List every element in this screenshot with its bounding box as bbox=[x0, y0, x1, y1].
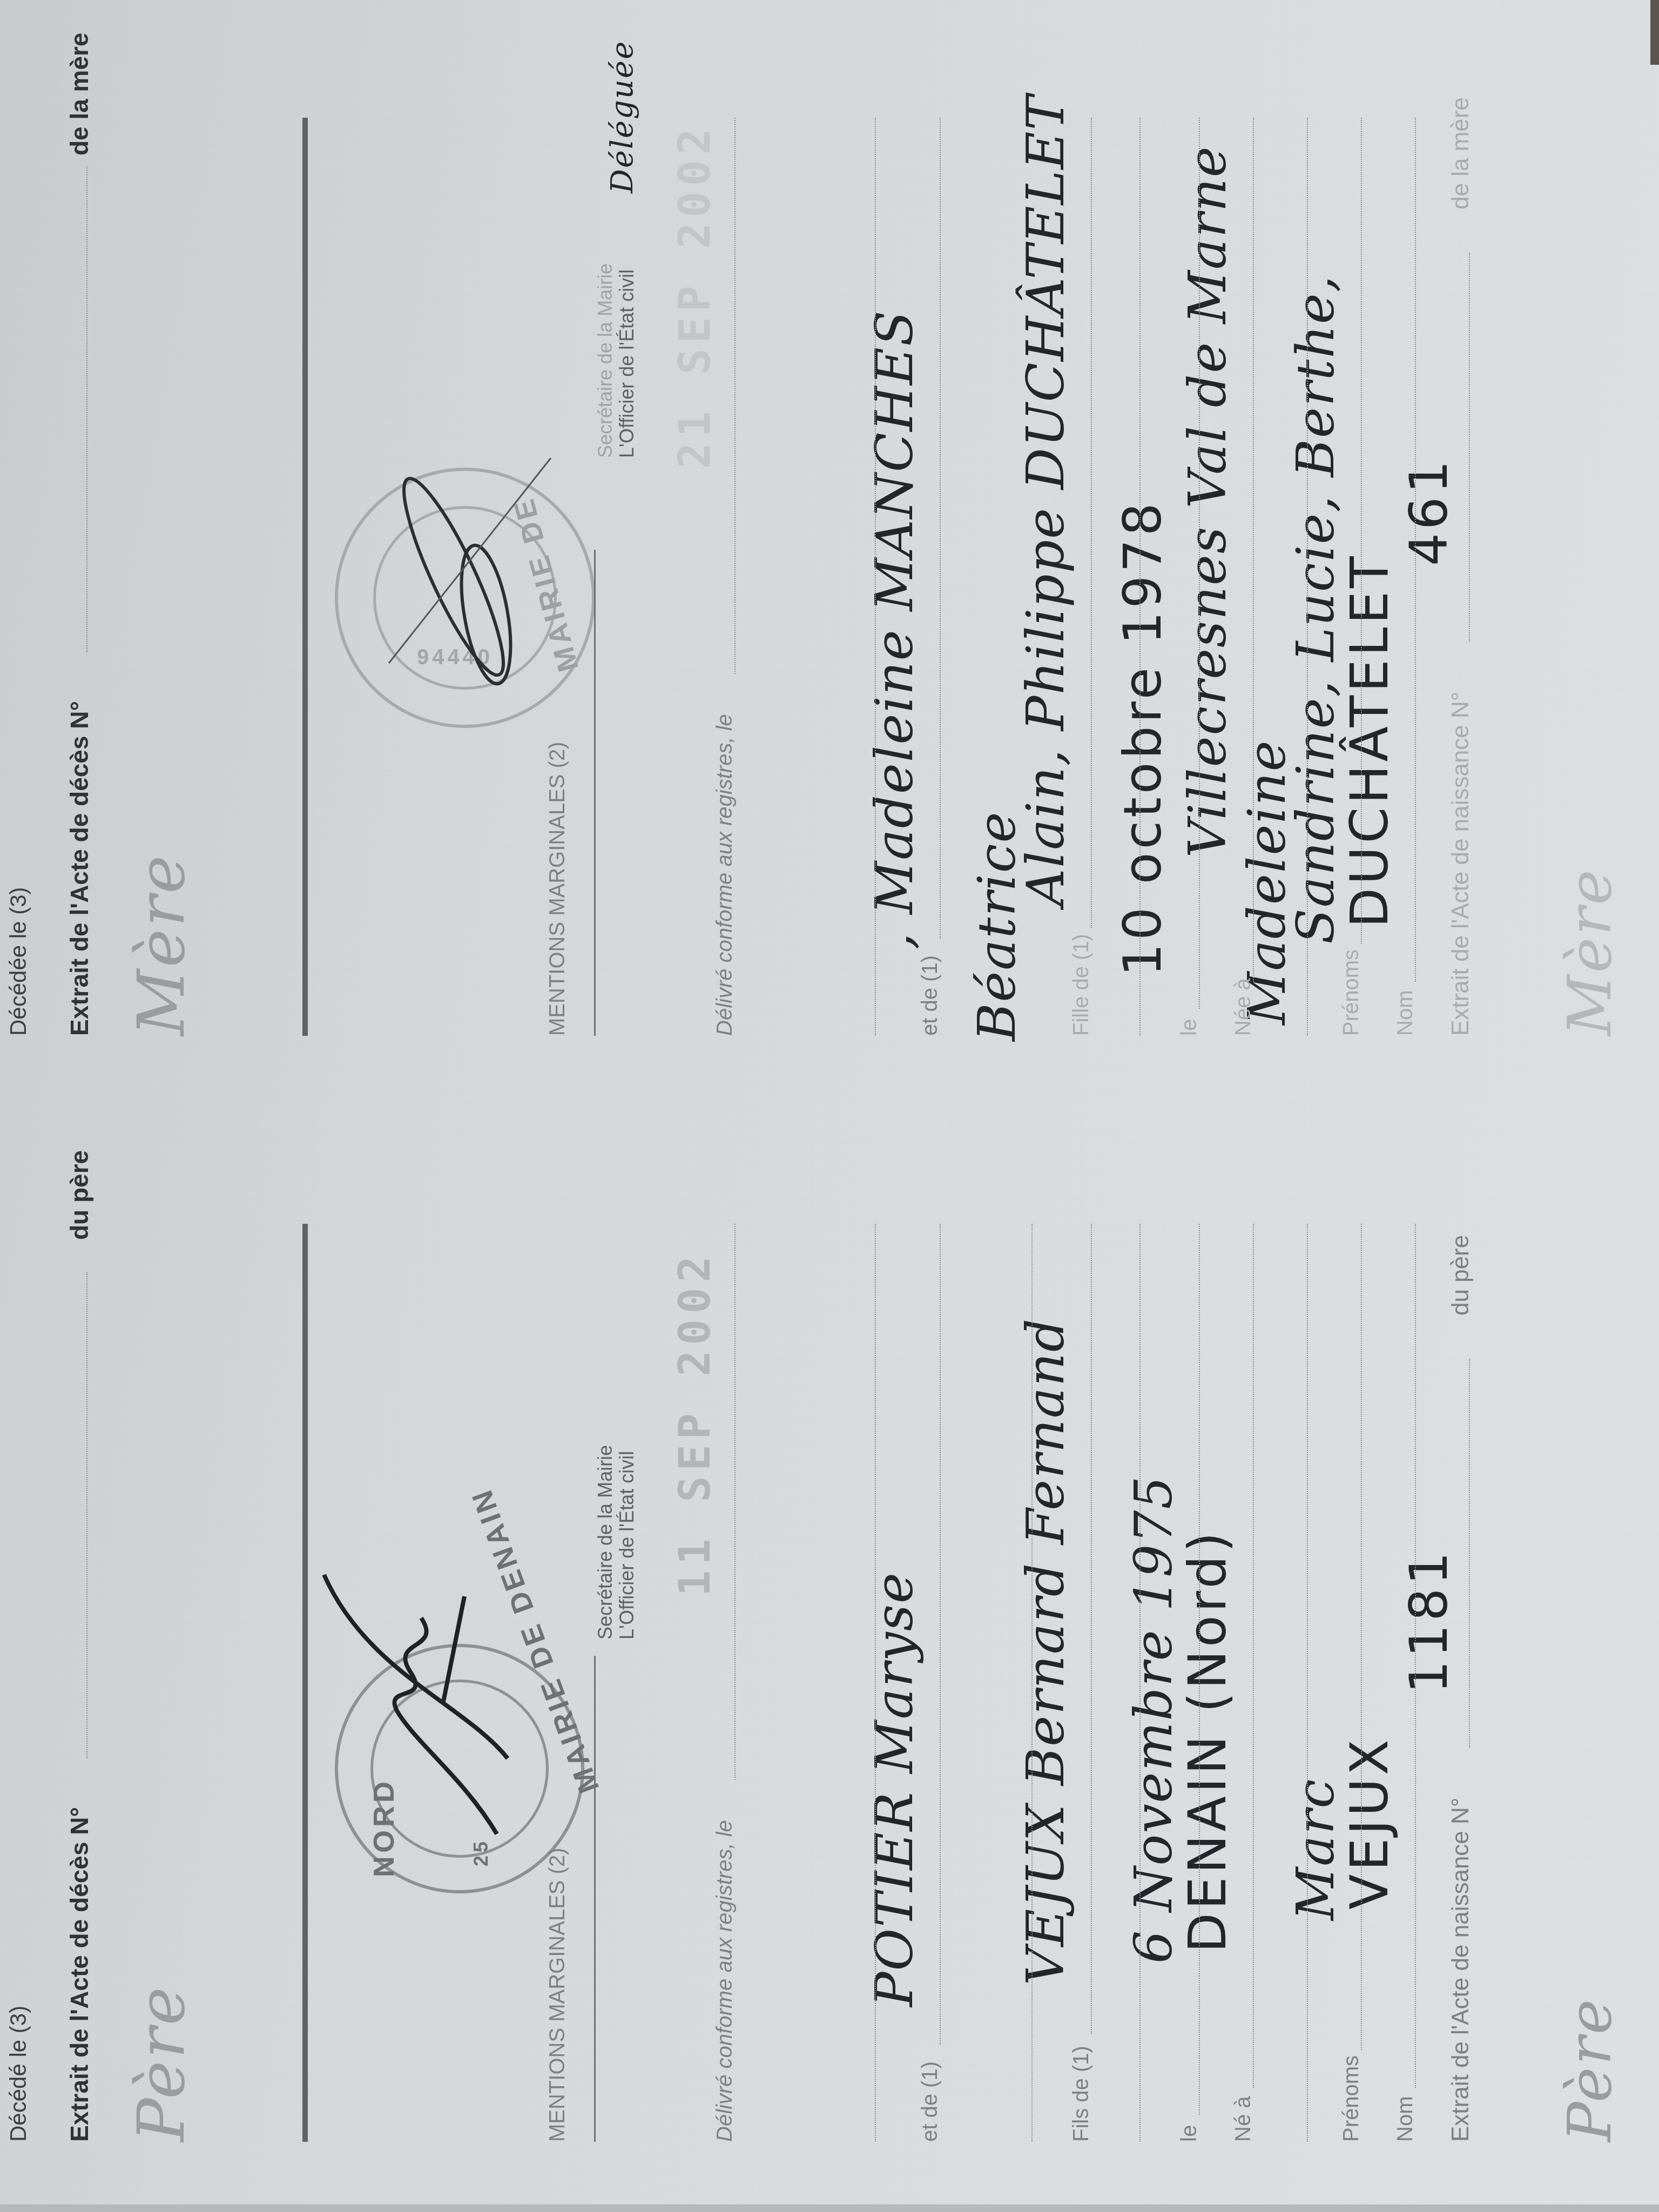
deces-number-line bbox=[86, 1272, 87, 1758]
delivre-line bbox=[734, 118, 736, 674]
section-mere: Mère Extrait de l'Acte de naissance N° 4… bbox=[0, 0, 1659, 1106]
blank-line bbox=[1307, 1224, 1308, 2142]
et-de-label: et de (1) bbox=[918, 955, 942, 1036]
nee-a-label: Née à bbox=[1231, 978, 1256, 1036]
section-title-mere: Mère bbox=[1555, 868, 1624, 1036]
nee-a-field[interactable]: Villecresnes Val de Marne bbox=[1177, 145, 1238, 858]
nom-label: Nom bbox=[1393, 990, 1418, 1036]
le-label: le bbox=[1177, 1019, 1202, 1036]
mentions-marginales-label: MENTIONS MARGINALES (2) bbox=[545, 741, 570, 1036]
deces-suffix: du père bbox=[65, 1150, 94, 1240]
nom-field[interactable]: DUCHÂTELET bbox=[1339, 553, 1400, 928]
deces-title-pere: Père bbox=[124, 1985, 199, 2142]
le-line bbox=[1199, 1224, 1200, 2115]
officer-subtitle: Secrétaire de la Mairie bbox=[594, 264, 617, 458]
extrait-suffix: du père bbox=[1447, 1235, 1474, 1316]
delivre-label: Délivré conforme aux registres, le bbox=[713, 1820, 737, 2142]
rotated-document: Père Extrait de l'Acte de naissance N° 1… bbox=[0, 0, 1659, 2212]
officer-title: L'Officier de l'État civil bbox=[616, 269, 638, 458]
ne-a-line bbox=[1253, 1224, 1254, 2088]
deces-label: Extrait de l'Acte de décès N° bbox=[65, 701, 94, 1036]
le-line bbox=[1199, 118, 1200, 1009]
blank-line bbox=[875, 118, 876, 1036]
blank-line bbox=[875, 1224, 876, 2142]
et-de-line bbox=[940, 118, 941, 939]
prenoms-line bbox=[1361, 1224, 1362, 2050]
extrait-number-field[interactable]: 1181 bbox=[1399, 1549, 1459, 1694]
officer-signature bbox=[302, 1564, 529, 1845]
decede-label: Décédé le (3) bbox=[5, 2006, 31, 2142]
ne-a-label: Né à bbox=[1231, 2096, 1256, 2142]
delivre-date-stamp: 21 SEP 2002 bbox=[670, 123, 720, 469]
section-divider bbox=[302, 1224, 308, 2142]
delivre-label: Délivré conforme aux registres, le bbox=[713, 714, 737, 1036]
officer-subtitle: Secrétaire de la Mairie bbox=[594, 1445, 617, 1640]
prenoms-field[interactable]: Marc bbox=[1285, 1778, 1346, 1920]
blank-line bbox=[1139, 1224, 1141, 2142]
delivre-line bbox=[734, 1224, 736, 1780]
blank-line bbox=[1139, 118, 1141, 1036]
prenoms-label: Prénoms bbox=[1339, 949, 1364, 1036]
officer-signature bbox=[346, 447, 572, 696]
et-de-line bbox=[940, 1224, 941, 2045]
ne-a-field[interactable]: DENAIN (Nord) bbox=[1177, 1529, 1238, 1953]
officer-note: Déléguée bbox=[605, 41, 640, 193]
et-de-field-line1[interactable]: Béatrice bbox=[967, 811, 1027, 1041]
section-divider bbox=[302, 118, 308, 1036]
le-label: le bbox=[1177, 2125, 1202, 2142]
deces-number-line bbox=[86, 166, 87, 652]
mentions-marginales-label: MENTIONS MARGINALES (2) bbox=[545, 1847, 570, 2142]
extrait-number-line bbox=[1469, 1359, 1470, 1748]
et-de-field[interactable]: POTIER Maryse bbox=[864, 1572, 925, 2007]
prenoms-label: Prénoms bbox=[1339, 2055, 1364, 2142]
fille-de-field[interactable]: Alain, Philippe DUCHÂTELET bbox=[1015, 95, 1076, 906]
le-field[interactable]: 6 Novembre 1975 bbox=[1123, 1475, 1184, 1964]
deces-title-mere: Mère bbox=[124, 853, 199, 1036]
section-title-pere: Père bbox=[1555, 1997, 1624, 2142]
fille-de-label: Fille de (1) bbox=[1069, 934, 1094, 1036]
nee-a-line bbox=[1253, 118, 1254, 982]
et-de-label: et de (1) bbox=[918, 2061, 942, 2142]
fille-de-line bbox=[1091, 118, 1092, 928]
decede-label: Décédée le (3) bbox=[5, 887, 31, 1036]
extrait-number-field[interactable]: 461 bbox=[1399, 457, 1459, 566]
extrait-suffix: de la mère bbox=[1447, 97, 1474, 210]
extrait-naissance-label: Extrait de l'Acte de naissance N° bbox=[1447, 692, 1474, 1036]
nom-field[interactable]: VEJUX bbox=[1339, 1736, 1400, 1910]
extrait-naissance-label: Extrait de l'Acte de naissance N° bbox=[1447, 1798, 1474, 2142]
prenoms-line bbox=[1361, 118, 1362, 944]
le-field[interactable]: 10 octobre 1978 bbox=[1112, 500, 1173, 976]
nom-line bbox=[1415, 1224, 1416, 2088]
mentions-top-rule bbox=[594, 550, 596, 1036]
section-pere: Père Extrait de l'Acte de naissance N° 1… bbox=[0, 1106, 1659, 2212]
prenoms-continuation-line bbox=[1307, 118, 1308, 1036]
fils-de-line bbox=[1091, 1224, 1092, 2034]
blank-line bbox=[1031, 1224, 1033, 2142]
delivre-date-stamp: 11 SEP 2002 bbox=[670, 1251, 720, 1596]
et-de-field[interactable]: , Madeleine MANCHES bbox=[864, 309, 925, 949]
deces-label: Extrait de l'Acte de décès N° bbox=[65, 1807, 94, 2142]
officer-title: L'Officier de l'État civil bbox=[616, 1451, 638, 1640]
fils-de-label: Fils de (1) bbox=[1069, 2046, 1094, 2142]
fils-de-field[interactable]: VEJUX Bernard Fernand bbox=[1015, 1318, 1076, 1985]
extrait-number-line bbox=[1469, 253, 1470, 642]
nom-label: Nom bbox=[1393, 2096, 1418, 2142]
deces-suffix: de la mère bbox=[65, 32, 94, 156]
nom-line bbox=[1415, 118, 1416, 982]
mentions-top-rule bbox=[594, 1656, 596, 2142]
